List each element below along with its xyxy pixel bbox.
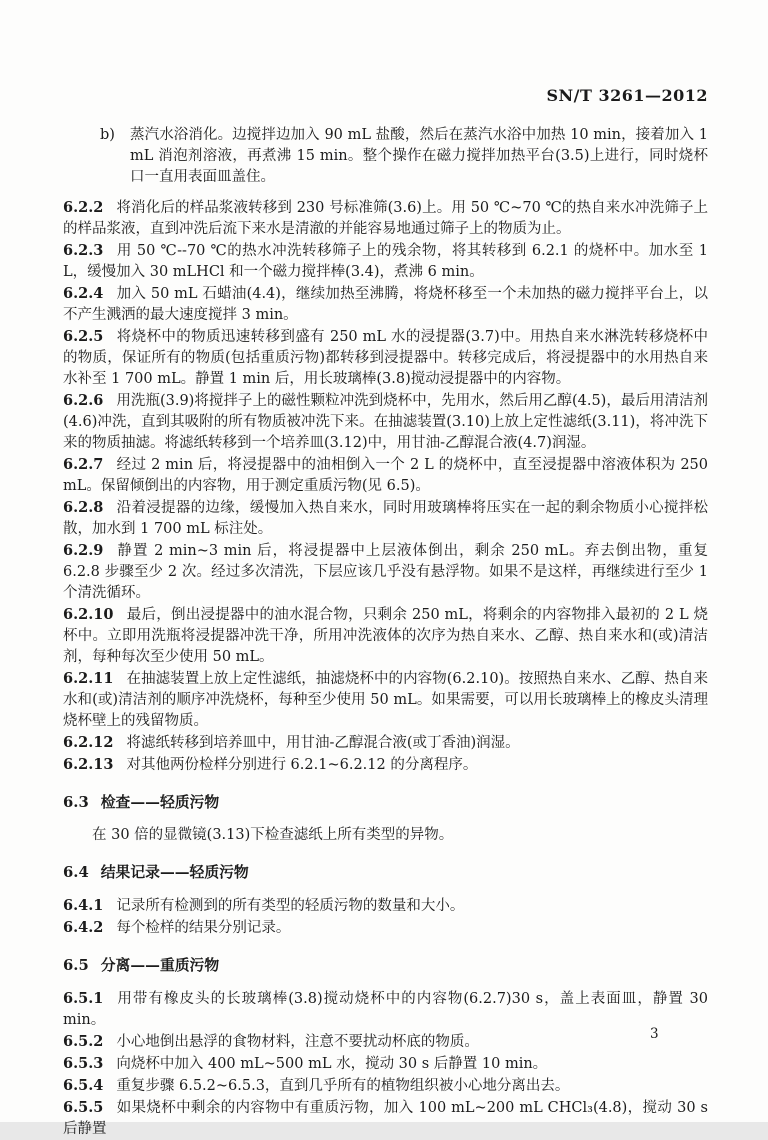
clause-6-4-2: 6.4.2每个检样的结果分别记录。 xyxy=(63,917,708,939)
paragraph-text: 经过 2 min 后，将浸提器中的油相倒入一个 2 L 的烧杯中，直至浸提器中溶… xyxy=(63,457,708,494)
paragraph-text: 每个检样的结果分别记录。 xyxy=(116,920,290,936)
clause-number: 6.2.5 xyxy=(63,328,103,345)
section-heading-text: 检查——轻质污物 xyxy=(101,794,219,811)
paragraph-text: 沿着浸提器的边缘，缓慢加入热自来水，同时用玻璃棒将压实在一起的剩余物质小心搅拌松… xyxy=(63,500,708,537)
clause-number: 6.2.11 xyxy=(63,670,113,687)
paragraph-text: 将消化后的样品浆液转移到 230 号标准筛(3.6)上。用 50 ℃~70 ℃的… xyxy=(63,200,708,237)
section-heading-text: 分离——重质污物 xyxy=(101,957,219,974)
paragraph-text: 对其他两份检样分别进行 6.2.1~6.2.12 的分离程序。 xyxy=(126,757,477,773)
clause-number: 6.5.2 xyxy=(63,1033,103,1050)
clause-number: 6.2.13 xyxy=(63,756,113,773)
clause-6-2-11: 6.2.11在抽滤装置上放上定性滤纸，抽滤烧杯中的内容物(6.2.10)。按照热… xyxy=(63,668,708,732)
clause-6-2-5: 6.2.5将烧杯中的物质迅速转移到盛有 250 mL 水的浸提器(3.7)中。用… xyxy=(63,326,708,390)
clause-number: 6.4.2 xyxy=(63,919,103,936)
paragraph-text: 在抽滤装置上放上定性滤纸，抽滤烧杯中的内容物(6.2.10)。按照热自来水、乙醇… xyxy=(63,671,708,729)
paragraph-text: 加入 50 mL 石蜡油(4.4)，继续加热至沸腾，将烧杯移至一个未加热的磁力搅… xyxy=(63,286,708,323)
clause-6-2-8: 6.2.8沿着浸提器的边缘，缓慢加入热自来水，同时用玻璃棒将压实在一起的剩余物质… xyxy=(63,497,708,540)
paragraph-text: 将滤纸转移到培养皿中，用甘油-乙醇混合液(或丁香油)润湿。 xyxy=(126,735,519,751)
clause-number: 6.2.6 xyxy=(63,392,103,409)
document-page: SN/T 3261—2012 b)蒸汽水浴消化。边搅拌边加入 90 mL 盐酸，… xyxy=(0,0,768,1122)
running-header: SN/T 3261—2012 xyxy=(63,86,708,106)
paragraph-text: 用 50 ℃--70 ℃的热水冲洗转移筛子上的残余物，将其转移到 6.2.1 的… xyxy=(63,243,708,280)
clause-number: 6.5.3 xyxy=(63,1055,103,1072)
clause-number: 6.4.1 xyxy=(63,897,103,914)
clause-6-2-6: 6.2.6用洗瓶(3.9)将搅拌子上的磁性颗粒冲洗到烧杯中，先用水，然后用乙醇(… xyxy=(63,390,708,454)
clause-6-2-12: 6.2.12将滤纸转移到培养皿中，用甘油-乙醇混合液(或丁香油)润湿。 xyxy=(63,732,708,754)
clause-6-5-3: 6.5.3向烧杯中加入 400 mL~500 mL 水，搅动 30 s 后静置 … xyxy=(63,1053,708,1075)
paragraph-text: 静置 2 min~3 min 后，将浸提器中上层液体倒出，剩余 250 mL。弃… xyxy=(63,543,708,601)
clause-number: b) xyxy=(100,125,115,146)
clause-number: 6.5.5 xyxy=(63,1099,103,1116)
section-heading-6-5: 6.5分离——重质污物 xyxy=(63,955,708,976)
clause-6-5-4: 6.5.4重复步骤 6.5.2~6.5.3，直到几乎所有的植物组织被小心地分离出… xyxy=(63,1075,708,1097)
section-number: 6.5 xyxy=(63,957,89,974)
clause-6-2-2: 6.2.2将消化后的样品浆液转移到 230 号标准筛(3.6)上。用 50 ℃~… xyxy=(63,197,708,240)
clause-6-5-1: 6.5.1用带有橡皮头的长玻璃棒(3.8)搅动烧杯中的内容物(6.2.7)30 … xyxy=(63,988,708,1031)
clause-number: 6.2.9 xyxy=(63,542,103,559)
clause-number: 6.2.8 xyxy=(63,499,103,516)
clause-6-5-5: 6.5.5如果烧杯中剩余的内容物中有重质污物，加入 100 mL~200 mL … xyxy=(63,1097,708,1140)
clause-6-2-3: 6.2.3用 50 ℃--70 ℃的热水冲洗转移筛子上的残余物，将其转移到 6.… xyxy=(63,240,708,283)
clause-6-4-1: 6.4.1记录所有检测到的所有类型的轻质污物的数量和大小。 xyxy=(63,895,708,917)
section-number: 6.4 xyxy=(63,864,89,881)
clause-number: 6.2.3 xyxy=(63,242,103,259)
clause-6-2-10: 6.2.10最后，倒出浸提器中的油水混合物，只剩余 250 mL，将剩余的内容物… xyxy=(63,604,708,668)
paragraph-text: 如果烧杯中剩余的内容物中有重质污物，加入 100 mL~200 mL CHCl₃… xyxy=(63,1100,708,1137)
clause-6-2-9: 6.2.9静置 2 min~3 min 后，将浸提器中上层液体倒出，剩余 250… xyxy=(63,540,708,604)
clause-number: 6.2.10 xyxy=(63,606,113,623)
clause-6-2-13: 6.2.13对其他两份检样分别进行 6.2.1~6.2.12 的分离程序。 xyxy=(63,754,708,776)
section-heading-6-4: 6.4结果记录——轻质污物 xyxy=(63,862,708,883)
paragraph-text: 在 30 倍的显微镜(3.13)下检查滤纸上所有类型的异物。 xyxy=(92,827,453,843)
clause-number: 6.2.7 xyxy=(63,456,103,473)
clause-number: 6.5.1 xyxy=(63,990,103,1007)
clause-6-2-7: 6.2.7经过 2 min 后，将浸提器中的油相倒入一个 2 L 的烧杯中，直至… xyxy=(63,454,708,497)
paragraph-6-3-body: 在 30 倍的显微镜(3.13)下检查滤纸上所有类型的异物。 xyxy=(63,825,708,846)
clause-number: 6.2.12 xyxy=(63,734,113,751)
document-body: b)蒸汽水浴消化。边搅拌边加入 90 mL 盐酸，然后在蒸汽水浴中加热 10 m… xyxy=(63,125,708,1140)
clause-6-2-4: 6.2.4加入 50 mL 石蜡油(4.4)，继续加热至沸腾，将烧杯移至一个未加… xyxy=(63,283,708,326)
section-number: 6.3 xyxy=(63,794,89,811)
paragraph-text: 用带有橡皮头的长玻璃棒(3.8)搅动烧杯中的内容物(6.2.7)30 s，盖上表… xyxy=(63,991,708,1028)
paragraph-text: 用洗瓶(3.9)将搅拌子上的磁性颗粒冲洗到烧杯中，先用水，然后用乙醇(4.5)，… xyxy=(63,393,708,451)
section-heading-6-3: 6.3检查——轻质污物 xyxy=(63,792,708,813)
paragraph-text: 重复步骤 6.5.2~6.5.3，直到几乎所有的植物组织被小心地分离出去。 xyxy=(116,1078,569,1094)
clause-6-5-2: 6.5.2小心地倒出悬浮的食物材料，注意不要扰动杯底的物质。 xyxy=(63,1031,708,1053)
paragraph-text: 向烧杯中加入 400 mL~500 mL 水，搅动 30 s 后静置 10 mi… xyxy=(116,1056,547,1072)
paragraph-text: 记录所有检测到的所有类型的轻质污物的数量和大小。 xyxy=(116,898,464,914)
clause-number: 6.2.2 xyxy=(63,199,103,216)
section-heading-text: 结果记录——轻质污物 xyxy=(101,864,249,881)
paragraph-text: 将烧杯中的物质迅速转移到盛有 250 mL 水的浸提器(3.7)中。用热自来水淋… xyxy=(63,329,708,387)
paragraph-text: 最后，倒出浸提器中的油水混合物，只剩余 250 mL，将剩余的内容物排入最初的 … xyxy=(63,607,708,665)
list-item-b: b)蒸汽水浴消化。边搅拌边加入 90 mL 盐酸，然后在蒸汽水浴中加热 10 m… xyxy=(63,125,708,188)
clause-number: 6.2.4 xyxy=(63,285,103,302)
clause-number: 6.5.4 xyxy=(63,1077,103,1094)
page-number: 3 xyxy=(650,1026,659,1042)
paragraph-text: 小心地倒出悬浮的食物材料，注意不要扰动杯底的物质。 xyxy=(116,1034,479,1050)
paragraph-text: 蒸汽水浴消化。边搅拌边加入 90 mL 盐酸，然后在蒸汽水浴中加热 10 min… xyxy=(130,127,708,185)
